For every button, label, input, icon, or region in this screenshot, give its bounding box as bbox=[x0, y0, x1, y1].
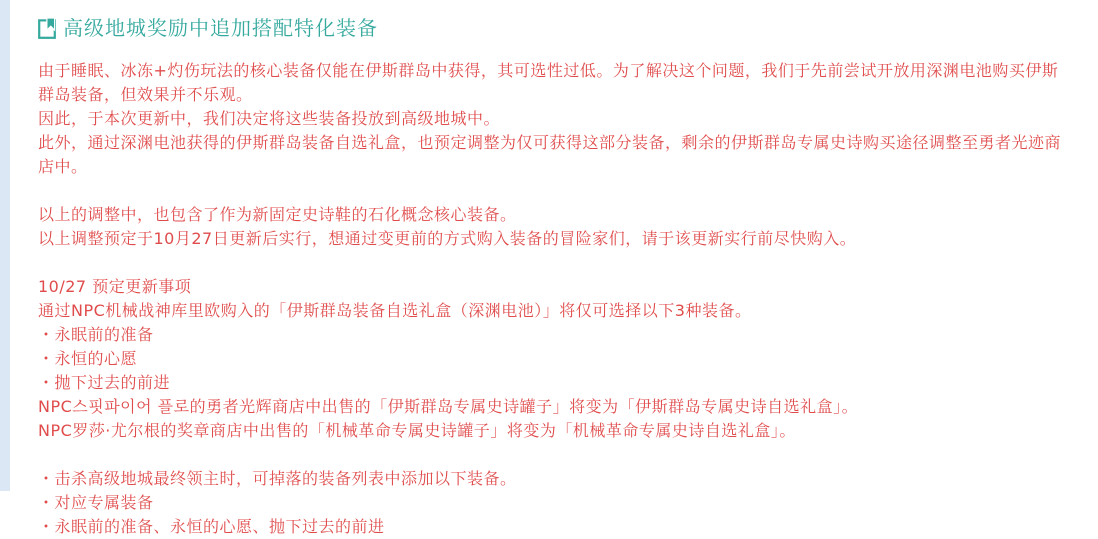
paragraph: 以上调整预定于10月27日更新后实行，想通过变更前的方式购入装备的冒险家们，请于… bbox=[38, 227, 1074, 251]
schedule-section: 以上的调整中，也包含了作为新固定史诗鞋的石化概念核心装备。 以上调整预定于10月… bbox=[38, 203, 1074, 251]
paragraph: 此外，通过深渊电池获得的伊斯群岛装备自选礼盒，也预定调整为仅可获得这部分装备，剩… bbox=[38, 131, 1074, 179]
paragraph: 以上的调整中，也包含了作为新固定史诗鞋的石化概念核心装备。 bbox=[38, 203, 1074, 227]
memo-icon bbox=[38, 18, 56, 39]
paragraph: 通过NPC机械战神库里欧购入的「伊斯群岛装备自选礼盒（深渊电池）」将仅可选择以下… bbox=[38, 299, 1074, 323]
paragraph: 因此，于本次更新中，我们决定将这些装备投放到高级地城中。 bbox=[38, 107, 1074, 131]
drop-list-section: ・击杀高级地城最终领主时，可掉落的装备列表中添加以下装备。 ・对应专属装备 ・永… bbox=[38, 467, 1074, 491]
article-header: 高级地城奖励中追加搭配特化装备 bbox=[38, 15, 1074, 41]
bullet-item: ・永眠前的准备 bbox=[38, 323, 1074, 347]
article-title: 高级地城奖励中追加搭配特化装备 bbox=[63, 15, 378, 41]
bullet-item: ・抛下过去的前进 bbox=[38, 371, 1074, 395]
bullet-item: ・永恒的心愿 bbox=[38, 347, 1074, 371]
update-notice-article: 高级地城奖励中追加搭配特化装备 由于睡眠、冰冻+灼伤玩法的核心装备仅能在伊斯群岛… bbox=[10, 0, 1098, 491]
update-items-section: 10/27 预定更新事项 通过NPC机械战神库里欧购入的「伊斯群岛装备自选礼盒（… bbox=[38, 275, 1074, 443]
paragraph: 由于睡眠、冰冻+灼伤玩法的核心装备仅能在伊斯群岛中获得，其可选性过低。为了解决这… bbox=[38, 59, 1074, 107]
intro-section: 由于睡眠、冰冻+灼伤玩法的核心装备仅能在伊斯群岛中获得，其可选性过低。为了解决这… bbox=[38, 59, 1074, 179]
bullet-item: ・击杀高级地城最终领主时，可掉落的装备列表中添加以下装备。 bbox=[38, 467, 1074, 491]
paragraph: NPC스핏파이어 플로的勇者光辉商店中出售的「伊斯群岛专属史诗罐子」将变为「伊斯… bbox=[38, 395, 1074, 419]
page-left-stripe bbox=[0, 0, 10, 491]
paragraph: NPC罗莎·尤尔根的奖章商店中出售的「机械革命专属史诗罐子」将变为「机械革命专属… bbox=[38, 419, 1074, 443]
section-heading: 10/27 预定更新事项 bbox=[38, 275, 1074, 299]
